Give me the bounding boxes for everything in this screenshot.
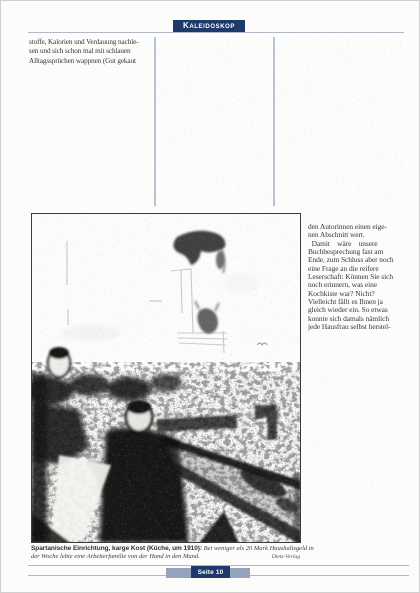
scan-noise-region [158, 39, 270, 205]
photo-caption: Spartanische Einrichtung, karge Kost (Kü… [31, 545, 314, 561]
caption-bold-lead: Spartanische Einrichtung, karge Kost (Kü… [31, 545, 202, 552]
scan-noise-region [308, 339, 408, 539]
photo-frame [31, 213, 301, 543]
scan-noise-region [29, 77, 153, 205]
article-column-text: den Autorinnen einen eige- nen Abschnitt… [308, 223, 409, 331]
kitchen-photo-image [31, 213, 301, 543]
column-divider-1 [154, 37, 156, 206]
column-divider-2 [273, 37, 275, 206]
scan-noise-region [278, 39, 402, 205]
scanned-magazine-page: Kaleidoskop stoffe, Kalorien und Verdauu… [0, 0, 420, 593]
header-rule [28, 32, 404, 33]
photo-credit: Dietz-Verlag [272, 553, 300, 561]
section-header-badge: Kaleidoskop [173, 20, 245, 32]
section-title: Kaleidoskop [183, 20, 235, 32]
page-number-badge: Seite 10 [191, 566, 230, 578]
left-column-text: stoffe, Kalorien und Verdauung nachle- s… [29, 38, 157, 66]
page-number-label: Seite 10 [198, 569, 224, 576]
